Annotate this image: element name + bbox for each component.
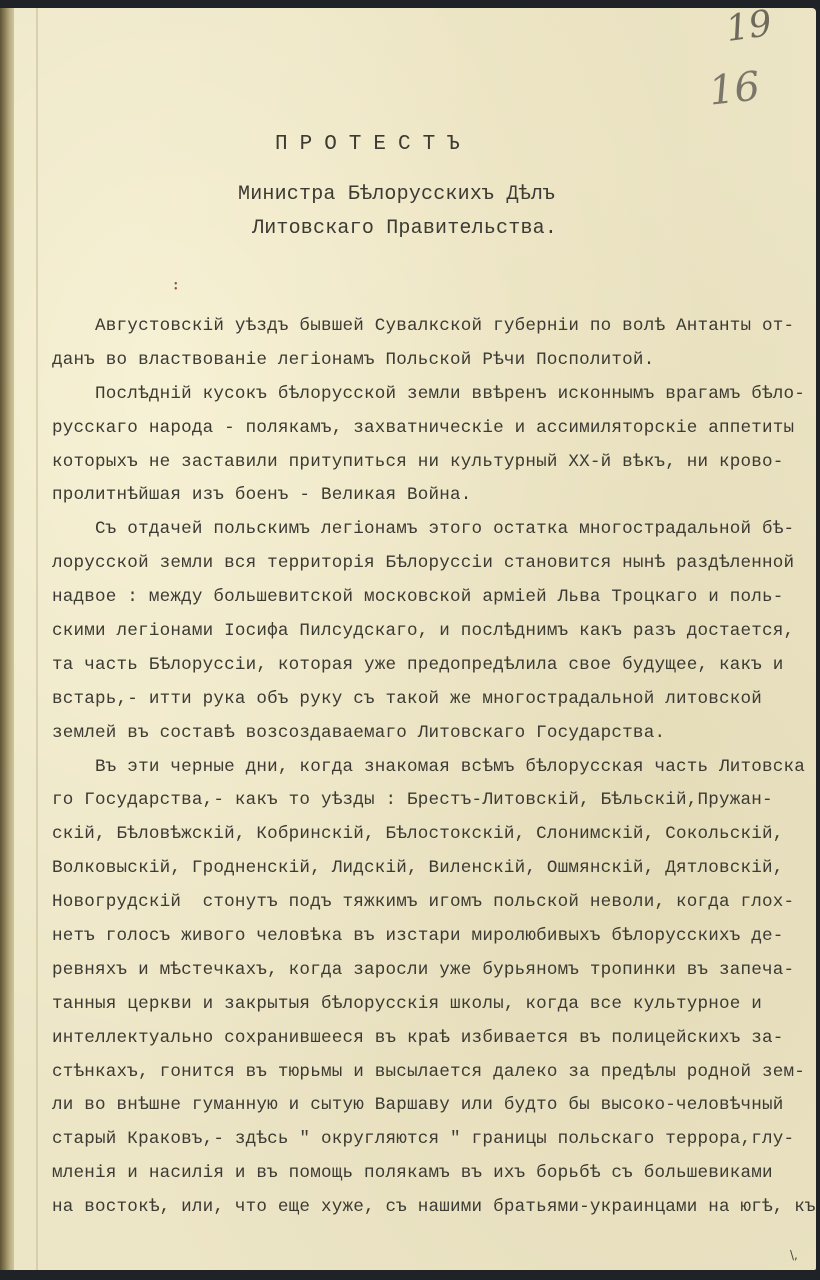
body-line: лорусской земли вся территорія Бѣлоруссі… (52, 547, 812, 581)
body-line: надвое : между большевитской московской … (52, 581, 812, 615)
body-line: Въ эти черные дни, когда знакомая всѣмъ … (52, 751, 812, 785)
body-line: пролитнѣйшая изъ боенъ - Великая Война. (52, 479, 812, 513)
page-binding-edge (0, 8, 14, 1270)
body-line: Волковыскій, Гродненскій, Лидскій, Вилен… (52, 852, 812, 886)
body-line: русскаго народа - полякамъ, захватническ… (52, 412, 812, 446)
body-line: встарь,- итти рука объ руку съ такой же … (52, 683, 812, 717)
scanned-document-viewer: 19 16 ПРОТЕСТЪ Министра Бѣлорусскихъ Дѣл… (0, 0, 820, 1280)
body-line: скій, Бѣловѣжскій, Кобринскій, Бѣлостокс… (52, 818, 812, 852)
body-line: мленія и насилія и въ помощь полякамъ въ… (52, 1157, 812, 1191)
body-line: стѣнкахъ, гонится въ тюрьмы и высылается… (52, 1056, 812, 1090)
body-line: интеллектуально сохранившееся въ краѣ из… (52, 1022, 812, 1056)
body-line: на востокѣ, или, что еще хуже, съ нашими… (52, 1191, 812, 1225)
folio-number-secondary: 16 (707, 63, 762, 114)
body-line: данъ во властвованіе легіонамъ Польской … (52, 344, 812, 378)
body-line: Съ отдачей польскимъ легіонамъ этого ост… (52, 513, 812, 547)
body-line: Августовскій уѣздъ бывшей Сувалкской губ… (52, 310, 812, 344)
corner-pencil-mark: \, (790, 1248, 798, 1262)
body-line: которыхъ не заставили притупиться ни кул… (52, 446, 812, 480)
body-line: танныя церкви и закрытыя бѣлорусскія шко… (52, 988, 812, 1022)
body-line: ли во внѣшне гуманную и сытую Варшаву ил… (52, 1089, 812, 1123)
ink-dot-mark: •• (174, 282, 178, 292)
document-subtitle-line-2: Литовскаго Правительства. (252, 217, 557, 240)
document-subtitle-line-1: Министра Бѣлорусскихъ Дѣлъ (238, 183, 555, 206)
page-fold-line (36, 8, 38, 1270)
body-line: старый Краковъ,- здѣсь " округляются " г… (52, 1123, 812, 1157)
body-line: ревняхъ и мѣстечкахъ, когда заросли уже … (52, 954, 812, 988)
folio-number-primary: 19 (724, 3, 775, 50)
body-line: го Государства,- какъ то уѣзды : Брестъ-… (52, 784, 812, 818)
body-line: та часть Бѣлоруссіи, которая уже предопр… (52, 649, 812, 683)
body-line: землей въ составѣ возсоздаваемаго Литовс… (52, 717, 812, 751)
body-line: скими легіонами Іосифа Пилсудскаго, и по… (52, 615, 812, 649)
document-body: Августовскій уѣздъ бывшей Сувалкской губ… (52, 310, 812, 1225)
document-title: ПРОТЕСТЪ (275, 133, 472, 156)
body-line: Новогрудскій стонутъ подъ тяжкимъ игомъ … (52, 886, 812, 920)
body-line: Послѣдній кусокъ бѣлорусской земли ввѣре… (52, 378, 812, 412)
body-line: нетъ голосъ живого человѣка въ изстари м… (52, 920, 812, 954)
